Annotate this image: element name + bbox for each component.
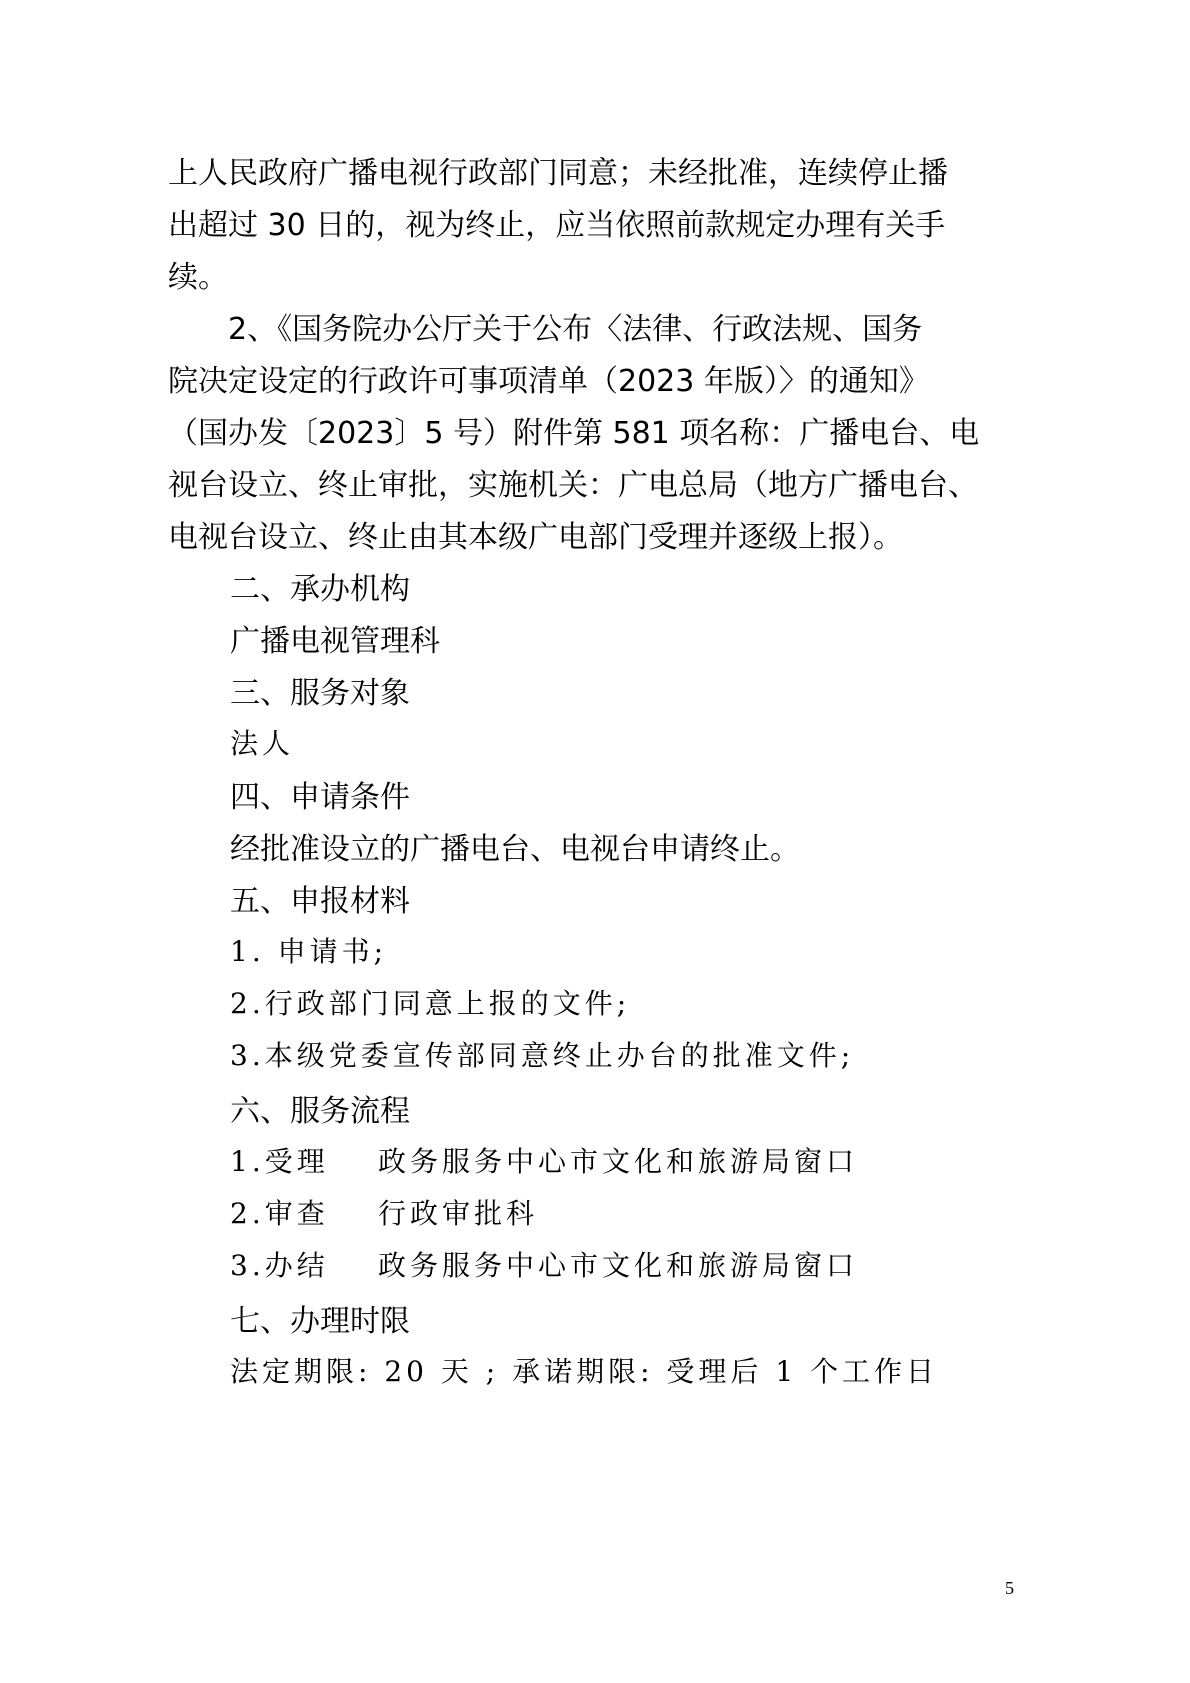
section-heading-organizer: 二、承办机构 xyxy=(230,564,410,608)
basis-item-line: （国办发〔2023〕5 号）附件第 581 项名称：广播电台、电 xyxy=(168,408,979,452)
paragraph-line: 续。 xyxy=(168,252,228,296)
paragraph-line: 上人民政府广播电视行政部门同意；未经批准，连续停止播 xyxy=(168,148,948,192)
section-heading-process: 六、服务流程 xyxy=(230,1086,410,1130)
section-heading-materials: 五、申报材料 xyxy=(230,876,410,920)
process-step-label: 1.受理 xyxy=(230,1145,329,1178)
organizer-value: 广播电视管理科 xyxy=(230,616,440,660)
document-page: 上人民政府广播电视行政部门同意；未经批准，连续停止播 出超过 30 日的，视为终… xyxy=(0,0,1190,1683)
section-heading-conditions: 四、申请条件 xyxy=(230,772,410,816)
basis-item-line: 院决定设定的行政许可事项清单（2023 年版）〉的通知》 xyxy=(168,356,929,400)
process-step: 3.办结 政务服务中心市文化和旅游局窗口 xyxy=(230,1244,1130,1284)
basis-item-line: 2、《国务院办公厅关于公布〈法律、行政法规、国务 xyxy=(228,304,922,348)
basis-item-line: 视台设立、终止审批，实施机关：广电总局（地方广播电台、 xyxy=(168,460,978,504)
material-item: 2.行政部门同意上报的文件; xyxy=(230,982,630,1022)
process-step: 2.审查 行政审批科 xyxy=(230,1192,1130,1232)
material-item: 1. 申请书; xyxy=(230,930,387,970)
section-heading-time-limit: 七、办理时限 xyxy=(230,1296,410,1340)
service-target-value: 法人 xyxy=(230,722,294,762)
paragraph-line: 出超过 30 日的，视为终止，应当依照前款规定办理有关手 xyxy=(168,200,945,244)
conditions-value: 经批准设立的广播电台、电视台申请终止。 xyxy=(230,824,800,868)
process-step-handler: 政务服务中心市文化和旅游局窗口 xyxy=(378,1140,858,1180)
page-number: 5 xyxy=(1005,1578,1014,1599)
material-item: 3.本级党委宣传部同意终止办台的批准文件; xyxy=(230,1034,854,1074)
process-step: 1.受理 政务服务中心市文化和旅游局窗口 xyxy=(230,1140,1130,1180)
time-limit-value: 法定期限: 20 天 ; 承诺期限: 受理后 1 个工作日 xyxy=(230,1350,938,1390)
section-heading-service-target: 三、服务对象 xyxy=(230,668,410,712)
process-step-label: 3.办结 xyxy=(230,1249,329,1282)
process-step-handler: 政务服务中心市文化和旅游局窗口 xyxy=(378,1244,858,1284)
basis-item-line: 电视台设立、终止由其本级广电部门受理并逐级上报）。 xyxy=(168,512,903,556)
process-step-label: 2.审查 xyxy=(230,1197,329,1230)
process-step-handler: 行政审批科 xyxy=(378,1192,538,1232)
